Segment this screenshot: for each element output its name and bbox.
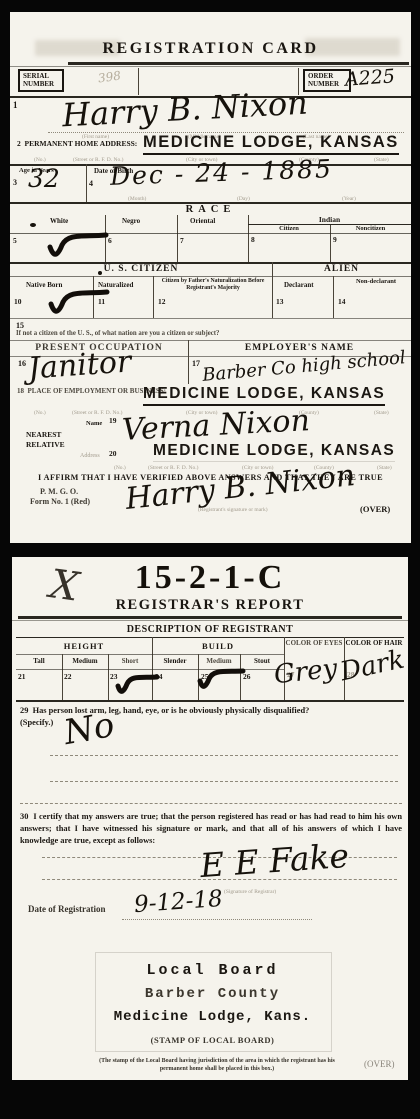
registrar-signature-sublabel: (Signature of Registrar) [224, 889, 276, 895]
race-indian-citizen-number: 8 [251, 235, 255, 244]
q30-number: 30 [20, 812, 28, 821]
occupation-value-handwritten: Janitor [27, 344, 132, 386]
race-indian-label: Indian [248, 215, 411, 224]
race-white-number: 5 [13, 236, 17, 245]
relative-address-stamp: MEDICINE LODGE, KANSAS [153, 442, 395, 462]
table-line [177, 215, 178, 262]
line15-number: 15 [16, 321, 24, 330]
checkmark-icon-race-white [45, 231, 109, 261]
registration-card-front: REGISTRATION CARD SERIAL NUMBER 398 ORDE… [10, 12, 411, 543]
checkmark-icon-height-short [114, 673, 160, 697]
relative-address-label: Address [80, 453, 100, 459]
declarant-number: 13 [276, 297, 284, 306]
address-state-sublabel: (State) [377, 465, 392, 471]
race-oriental-label: Oriental [190, 217, 215, 225]
birth-date-handwritten: Dec - 24 - 1885 [110, 154, 334, 191]
alien-header: ALIEN [272, 264, 411, 274]
line1-number: 1 [13, 100, 18, 110]
birth-number: 4 [89, 179, 93, 188]
height-short-label: Short [108, 657, 152, 665]
race-oriental-number: 7 [180, 236, 184, 245]
eyes-color-header: COLOR OF EYES [284, 639, 344, 648]
board-stamp-line1: Local Board [95, 962, 330, 979]
nondeclarant-label: Non-declarant [348, 278, 404, 286]
table-line [16, 700, 404, 702]
table-line [16, 637, 404, 638]
registrars-report-back: X 15-2-1-C REGISTRAR'S REPORT DESCRIPTIO… [12, 557, 408, 1080]
height-tall-label: Tall [16, 657, 62, 665]
table-line [153, 276, 154, 318]
height-tall-number: 21 [18, 672, 26, 681]
age-number: 3 [13, 178, 17, 187]
registration-date-handwritten: 9-12-18 [133, 886, 223, 918]
title-rule-thin [10, 66, 411, 67]
race-indian-noncitizen-number: 9 [333, 235, 337, 244]
serial-number-label: SERIAL NUMBER [18, 69, 64, 92]
card-title: REGISTRATION CARD [10, 40, 411, 58]
height-medium-number: 22 [64, 672, 72, 681]
relative-name-number: 19 [109, 416, 117, 425]
relative-name-label: Name [86, 420, 102, 427]
cell-divider [188, 340, 189, 384]
hair-color-handwritten: Dark [338, 645, 407, 688]
race-indian-noncitizen-label: Noncitizen [330, 225, 411, 232]
ink-dot [98, 271, 102, 275]
height-medium-label: Medium [62, 657, 108, 665]
order-number-value: A225 [344, 65, 395, 90]
nearest-relative-label: NEAREST RELATIVE [26, 430, 78, 450]
declarant-label: Declarant [284, 281, 314, 289]
description-header: DESCRIPTION OF REGISTRANT [12, 624, 408, 635]
build-header: BUILD [152, 641, 284, 651]
race-white-label: White [50, 217, 68, 225]
address-no-sublabel: (No.) [34, 410, 46, 416]
build-slender-label: Slender [152, 657, 198, 665]
address-state-sublabel: (State) [374, 410, 389, 416]
registration-date-label: Date of Registration [28, 904, 105, 914]
board-stamp-line3: Medicine Lodge, Kans. [95, 1009, 330, 1025]
over-label-back: (OVER) [364, 1059, 395, 1069]
board-stamp-line2: Barber County [95, 986, 330, 1002]
age-value-handwritten: 32 [28, 164, 60, 193]
stamp-note: (The stamp of the Local Board having jur… [92, 1057, 342, 1074]
scanned-draft-card-page: REGISTRATION CARD SERIAL NUMBER 398 ORDE… [0, 0, 420, 1119]
address-state-sublabel: (State) [374, 157, 389, 163]
race-section-header: RACE [10, 204, 411, 215]
title-rule [68, 62, 409, 65]
home-address-line-label: 2 PERMANENT HOME ADDRESS: [17, 139, 137, 148]
eyes-color-handwritten: Grey [273, 654, 339, 690]
relative-address-number: 20 [109, 449, 117, 458]
line2-number: 2 [17, 139, 21, 148]
native-born-number: 10 [14, 297, 22, 306]
over-label-front: (OVER) [360, 504, 390, 514]
table-line [16, 654, 284, 655]
blank-line [20, 803, 402, 804]
row-rule [10, 340, 411, 341]
table-line [333, 276, 334, 318]
address-no-sublabel: (No.) [34, 157, 46, 163]
stamp-caption: (STAMP OF LOCAL BOARD) [95, 1035, 330, 1045]
form-code-stamp: 15-2-1-C [12, 559, 408, 597]
line15-question: If not a citizen of the U. S., of what n… [16, 330, 219, 337]
employment-place-stamp: MEDICINE LODGE, KANSAS [143, 385, 385, 406]
father-naturalization-number: 12 [158, 297, 166, 306]
occupation-number: 16 [18, 359, 26, 368]
race-indian-citizen-label: Citizen [248, 225, 330, 232]
form-name-label: Form No. 1 (Red) [30, 497, 90, 506]
date-underline [122, 919, 312, 920]
citizenship-table: Native Born Naturalized Citizen by Fathe… [10, 276, 411, 318]
checkmark-icon-native-born [46, 288, 110, 318]
serial-number-value: 398 [97, 68, 122, 85]
form-org-label: P. M. G. O. [40, 487, 78, 496]
line18-number: 18 [17, 387, 24, 395]
checkmark-icon-build-medium [196, 667, 246, 693]
registrant-name-handwritten: Harry B. Nixon [61, 84, 308, 135]
registrant-signature-sublabel: (Registrant's signature or mark) [198, 507, 268, 513]
cell-divider [86, 164, 87, 202]
blank-line [50, 755, 398, 756]
employer-number: 17 [192, 359, 200, 368]
line2-label: PERMANENT HOME ADDRESS: [25, 139, 138, 148]
build-medium-label: Medium [198, 657, 240, 665]
title-rule-thin [12, 620, 408, 621]
q29-answer-handwritten: No [61, 705, 117, 753]
nondeclarant-number: 14 [338, 297, 346, 306]
row-rule [10, 318, 411, 319]
address-no-sublabel: (No.) [114, 465, 126, 471]
father-naturalization-label: Citizen by Father's Naturalization Befor… [158, 278, 268, 292]
cell-divider [138, 68, 139, 95]
race-negro-label: Negro [122, 217, 140, 225]
us-citizen-header: U. S. CITIZEN [10, 264, 272, 274]
report-title: REGISTRAR'S REPORT [12, 597, 408, 614]
home-address-stamp: MEDICINE LODGE, KANSAS [143, 133, 399, 155]
title-rule [18, 616, 402, 619]
address-street-sublabel: (Street or R. F. D. No.) [148, 465, 198, 471]
q29-number: 29 [20, 706, 28, 715]
ink-dot [30, 223, 36, 227]
table-line [272, 262, 273, 318]
q29-specify-label: (Specify.) [20, 718, 53, 727]
blank-line [50, 781, 398, 782]
race-table: White Negro Oriental Indian Citizen Nonc… [10, 215, 411, 262]
height-header: HEIGHT [16, 641, 152, 651]
